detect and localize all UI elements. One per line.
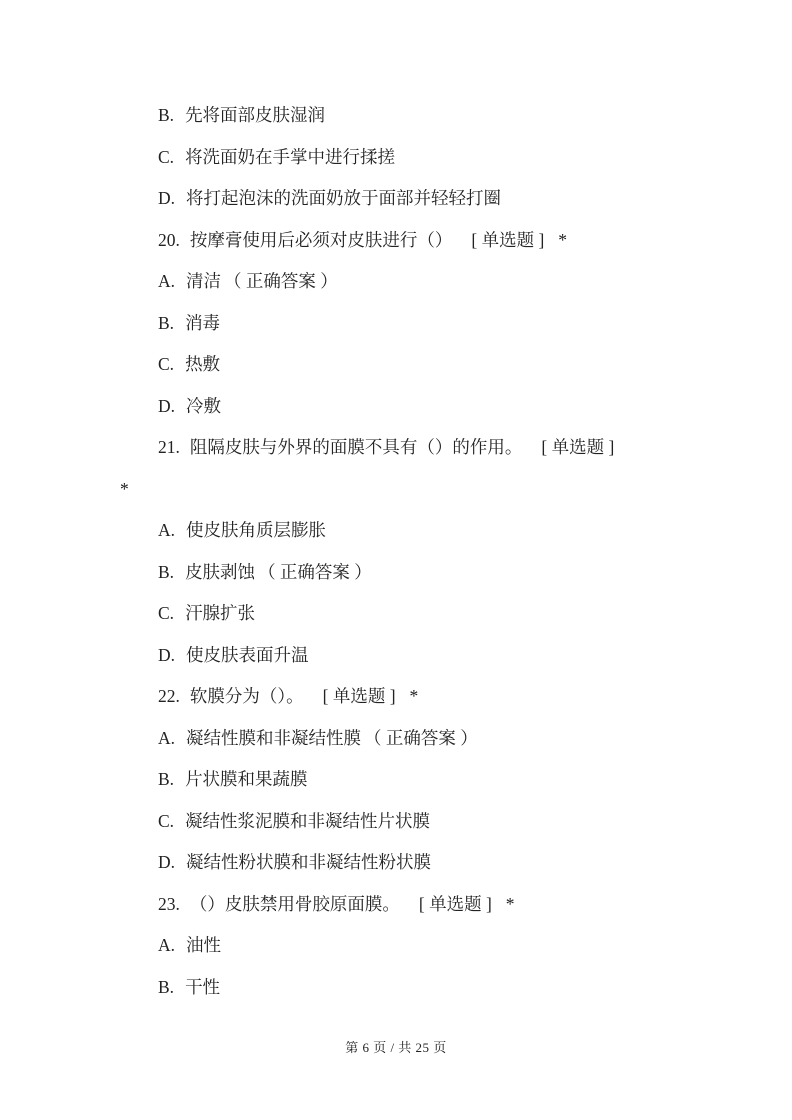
option-line: A.使皮肤角质层膨胀	[120, 521, 680, 539]
option-line: B.片状膜和果蔬膜	[120, 770, 680, 788]
question-line: 22.软膜分为（）。[ 单选题 ]*	[120, 687, 680, 705]
option-text: 皮肤剥蚀	[185, 562, 255, 582]
option-text: 汗腺扩张	[185, 603, 255, 623]
option-text: 先将面部皮肤湿润	[185, 105, 325, 125]
question-type-tag: [ 单选题 ]	[541, 437, 614, 457]
option-label: C.	[158, 354, 174, 374]
option-label: D.	[158, 852, 175, 872]
question-text: 阻隔皮肤与外界的面膜不具有（）的作用。	[190, 437, 523, 457]
question-text: （）皮肤禁用骨胶原面膜。	[190, 894, 400, 914]
option-line: C.热敷	[120, 355, 680, 373]
question-type-tag: [ 单选题 ]	[419, 894, 492, 914]
question-number: 22.	[158, 686, 180, 706]
required-asterisk: *	[558, 230, 567, 250]
option-text: 凝结性粉状膜和非凝结性粉状膜	[186, 852, 431, 872]
option-text: 将洗面奶在手掌中进行揉搓	[185, 147, 395, 167]
option-line: B.皮肤剥蚀（ 正确答案 ）	[120, 563, 680, 581]
option-text: 使皮肤表面升温	[186, 645, 309, 665]
option-text: 消毒	[185, 313, 220, 333]
option-text: 油性	[186, 935, 221, 955]
option-line: A.清洁（ 正确答案 ）	[120, 272, 680, 290]
option-label: B.	[158, 769, 174, 789]
option-text: 片状膜和果蔬膜	[185, 769, 308, 789]
question-line: 23.（）皮肤禁用骨胶原面膜。[ 单选题 ]*	[120, 895, 680, 913]
option-line: D.凝结性粉状膜和非凝结性粉状膜	[120, 853, 680, 871]
question-line: 21.阻隔皮肤与外界的面膜不具有（）的作用。[ 单选题 ]	[120, 438, 680, 456]
option-label: A.	[158, 520, 175, 540]
option-label: B.	[158, 977, 174, 997]
option-label: D.	[158, 396, 175, 416]
option-line: B.先将面部皮肤湿润	[120, 106, 680, 124]
option-text: 使皮肤角质层膨胀	[186, 520, 326, 540]
question-number: 23.	[158, 894, 180, 914]
question-line: 20.按摩膏使用后必须对皮肤进行（）[ 单选题 ]*	[120, 231, 680, 249]
option-text: 将打起泡沫的洗面奶放于面部并轻轻打圈	[186, 188, 501, 208]
option-line: A.油性	[120, 936, 680, 954]
option-label: A.	[158, 935, 175, 955]
question-type-tag: [ 单选题 ]	[323, 686, 396, 706]
required-asterisk: *	[120, 479, 129, 499]
question-text: 软膜分为（）。	[190, 686, 304, 706]
page-footer: 第 6 页 / 共 25 页	[0, 1037, 792, 1056]
option-label: D.	[158, 188, 175, 208]
option-text: 清洁	[186, 271, 221, 291]
option-line: B.干性	[120, 978, 680, 996]
option-text: 冷敷	[186, 396, 221, 416]
option-text: 干性	[185, 977, 220, 997]
page-indicator: 第 6 页 / 共 25 页	[345, 1040, 447, 1055]
option-label: C.	[158, 603, 174, 623]
required-asterisk-line: *	[120, 480, 680, 498]
option-line: D.使皮肤表面升温	[120, 646, 680, 664]
correct-answer-note: （ 正确答案 ）	[258, 562, 372, 582]
option-label: B.	[158, 562, 174, 582]
option-label: B.	[158, 105, 174, 125]
option-label: A.	[158, 728, 175, 748]
question-type-tag: [ 单选题 ]	[471, 230, 544, 250]
option-line: C.汗腺扩张	[120, 604, 680, 622]
correct-answer-note: （ 正确答案 ）	[364, 728, 478, 748]
question-number: 21.	[158, 437, 180, 457]
question-number: 20.	[158, 230, 180, 250]
option-label: B.	[158, 313, 174, 333]
correct-answer-note: （ 正确答案 ）	[224, 271, 338, 291]
quiz-content: B.先将面部皮肤湿润 C.将洗面奶在手掌中进行揉搓 D.将打起泡沫的洗面奶放于面…	[120, 106, 680, 1019]
option-text: 凝结性膜和非凝结性膜	[186, 728, 361, 748]
option-label: C.	[158, 811, 174, 831]
question-text: 按摩膏使用后必须对皮肤进行（）	[190, 230, 453, 250]
option-line: D.冷敷	[120, 397, 680, 415]
option-line: D.将打起泡沫的洗面奶放于面部并轻轻打圈	[120, 189, 680, 207]
option-label: C.	[158, 147, 174, 167]
option-text: 凝结性浆泥膜和非凝结性片状膜	[185, 811, 430, 831]
option-label: A.	[158, 271, 175, 291]
required-asterisk: *	[506, 894, 515, 914]
required-asterisk: *	[410, 686, 419, 706]
option-line: C.将洗面奶在手掌中进行揉搓	[120, 148, 680, 166]
option-line: B.消毒	[120, 314, 680, 332]
option-label: D.	[158, 645, 175, 665]
option-line: A.凝结性膜和非凝结性膜（ 正确答案 ）	[120, 729, 680, 747]
option-text: 热敷	[185, 354, 220, 374]
option-line: C.凝结性浆泥膜和非凝结性片状膜	[120, 812, 680, 830]
